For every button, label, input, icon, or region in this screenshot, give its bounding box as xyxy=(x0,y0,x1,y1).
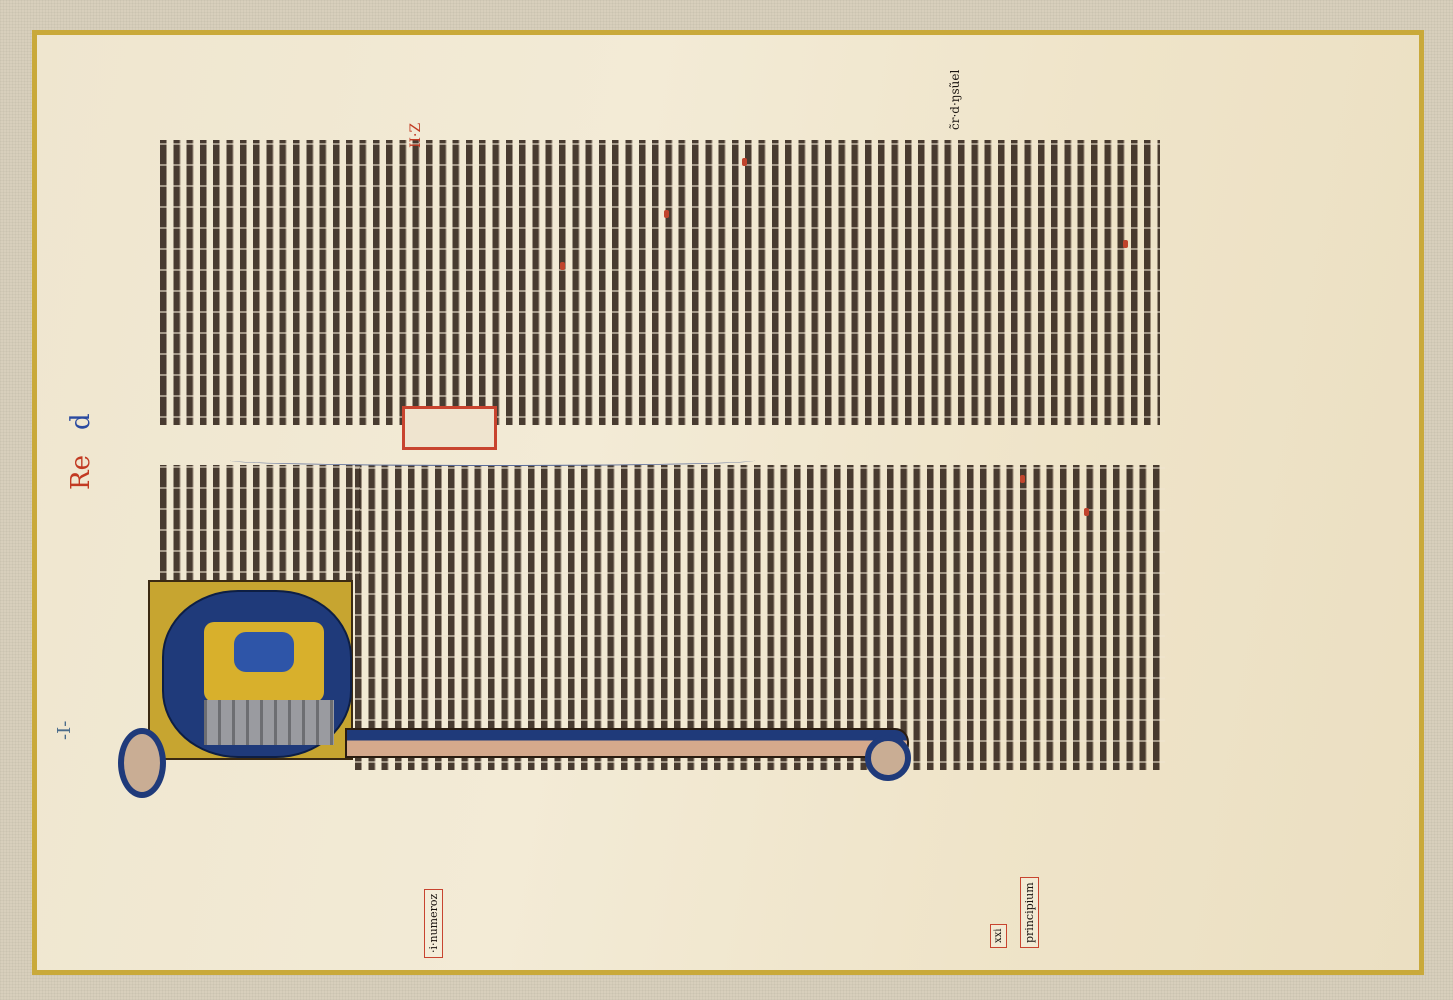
catchword-right: principium xyxy=(1020,877,1039,948)
chapter-mark: II·Z xyxy=(408,123,424,148)
initial-scroll-left xyxy=(118,728,166,798)
running-head-letter: -I- xyxy=(54,721,75,740)
text-column-lower-left xyxy=(160,465,360,580)
historiated-initial xyxy=(148,580,353,760)
top-right-note: c̃r·d·ŋsũel xyxy=(948,70,962,130)
text-column-lower xyxy=(355,465,1165,770)
initial-tail-bar xyxy=(345,728,909,758)
catchword-left: ·i·numeroz xyxy=(424,889,443,958)
initial-scroll-right xyxy=(865,735,911,781)
text-column-upper xyxy=(160,140,1160,425)
pen-flourished-initial xyxy=(402,406,497,450)
pen-flourish-line xyxy=(230,455,755,466)
catchword-right-number: xxi xyxy=(990,924,1007,948)
running-head-blue: d xyxy=(66,413,96,430)
running-head-red: Re xyxy=(66,455,96,490)
